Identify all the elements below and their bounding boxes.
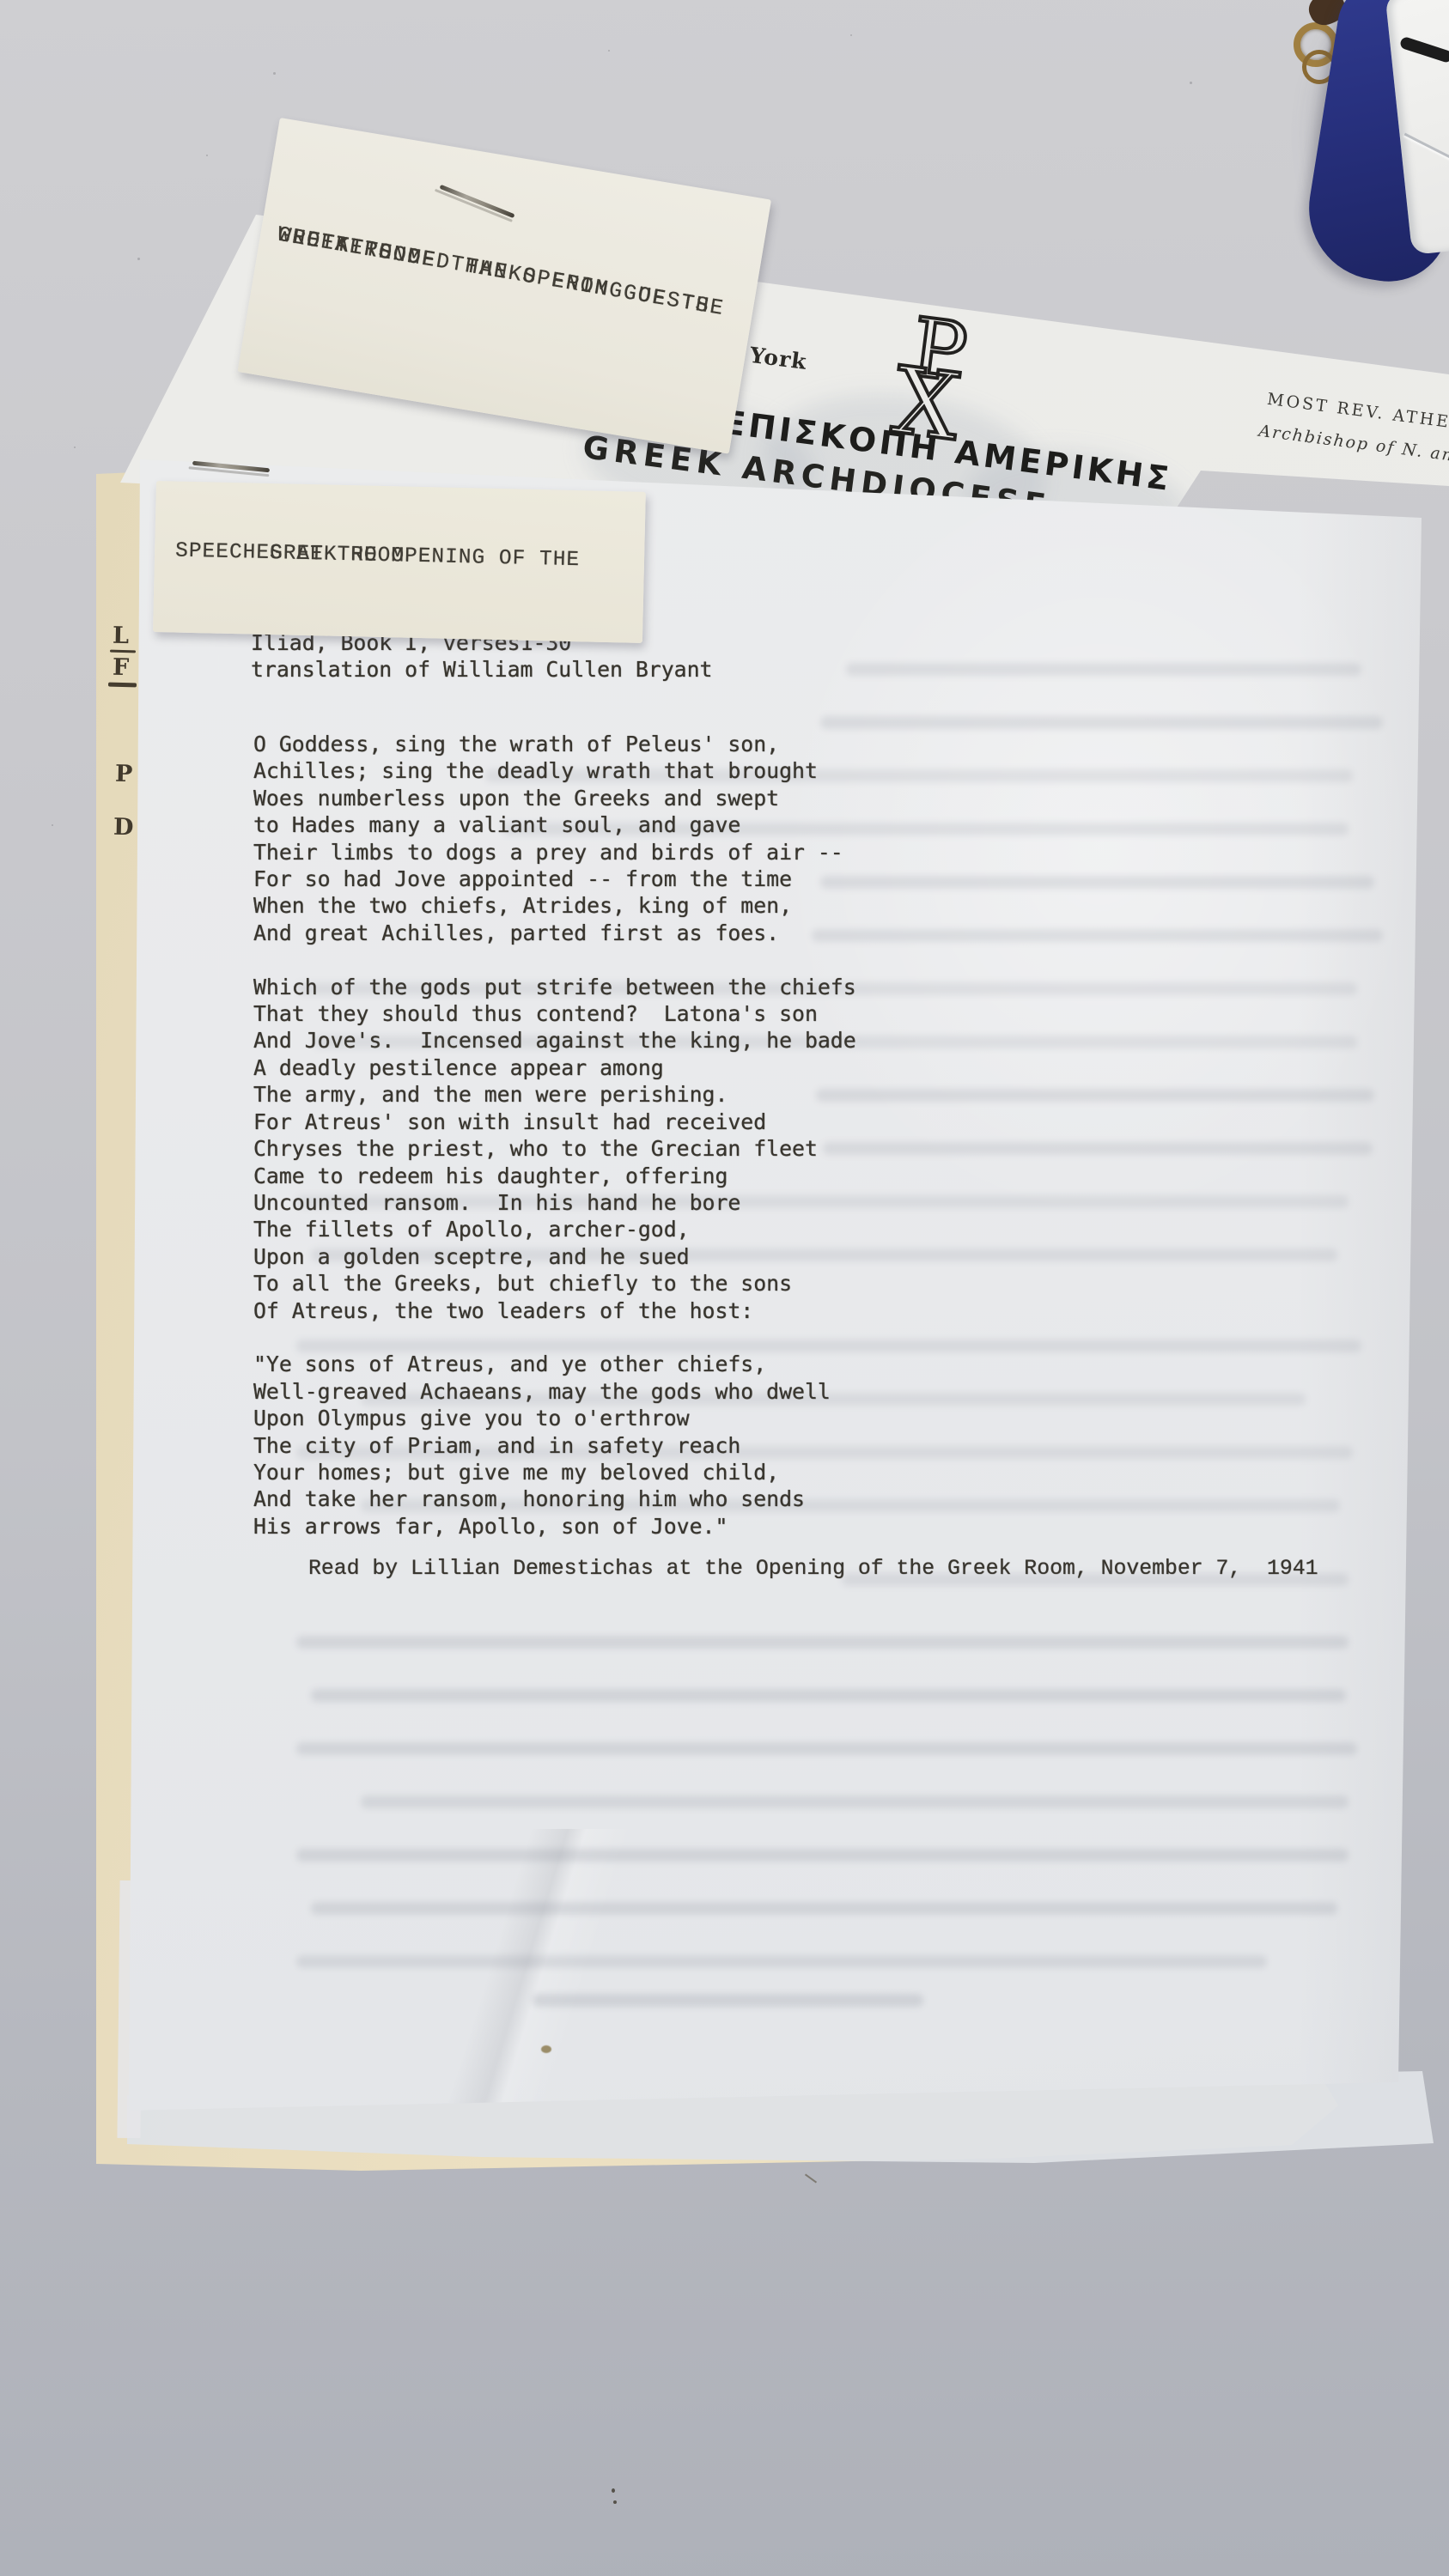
margin-letter: L	[113, 623, 131, 649]
dust-speck	[74, 447, 76, 448]
tag-card-crease	[1404, 133, 1449, 163]
dust-speck	[850, 34, 852, 36]
margin-letter: F	[113, 654, 131, 681]
slip-text-line: GREEK ROOM	[274, 212, 426, 282]
letterhead-clergy-role: Archbishop of N. and	[1257, 422, 1449, 467]
dust-speck	[1190, 82, 1192, 84]
tag-ink-mark	[1399, 36, 1449, 64]
margin-letter: P	[115, 761, 134, 787]
ghost-text-line	[296, 1849, 1349, 1862]
ghost-text-line	[311, 1902, 1337, 1915]
ghost-text-line	[820, 716, 1383, 729]
desk-mark	[612, 2488, 615, 2493]
ghost-text-line	[823, 1142, 1373, 1155]
ghost-text-line	[296, 1742, 1357, 1755]
dust-speck	[52, 824, 53, 826]
dust-speck	[137, 258, 140, 260]
ghost-text-line	[296, 1955, 1267, 1968]
margin-underline	[108, 683, 137, 688]
speeches-slip: SPEECHES AT THE OPENING OF THE GREEK ROO…	[153, 481, 646, 643]
paper-speck	[541, 2045, 551, 2053]
dust-speck	[273, 72, 276, 75]
ghost-text-line	[820, 876, 1374, 889]
dust-speck	[206, 155, 208, 156]
ghost-text-line	[361, 1795, 1349, 1808]
attribution-line: Read by Lillian Demestichas at the Openi…	[308, 1556, 1318, 1583]
desk-fiber	[805, 2173, 817, 2183]
letterhead-city-fragment: York	[748, 343, 808, 374]
ghost-text-line	[296, 1636, 1349, 1649]
photo-of-documents: L F P D ’ York P X ΕΠΙΣΚΟΠΗ ΑΜΕΡΙΚΗΣ GRE…	[0, 0, 1449, 2576]
slip-text-line: GREEK ROOM	[175, 533, 405, 576]
margin-letter: D	[113, 814, 135, 841]
ghost-text-line	[311, 1689, 1346, 1702]
desk-mark	[613, 2500, 617, 2504]
ghost-text-line	[812, 929, 1383, 942]
dust-speck	[608, 50, 610, 52]
poem-text: O Goddess, sing the wrath of Peleus' son…	[253, 731, 856, 1540]
page-crease	[120, 1829, 945, 2121]
ghost-text-line	[846, 663, 1361, 676]
ghost-text-line	[533, 1994, 923, 2007]
ghost-text-line	[816, 1089, 1374, 1102]
